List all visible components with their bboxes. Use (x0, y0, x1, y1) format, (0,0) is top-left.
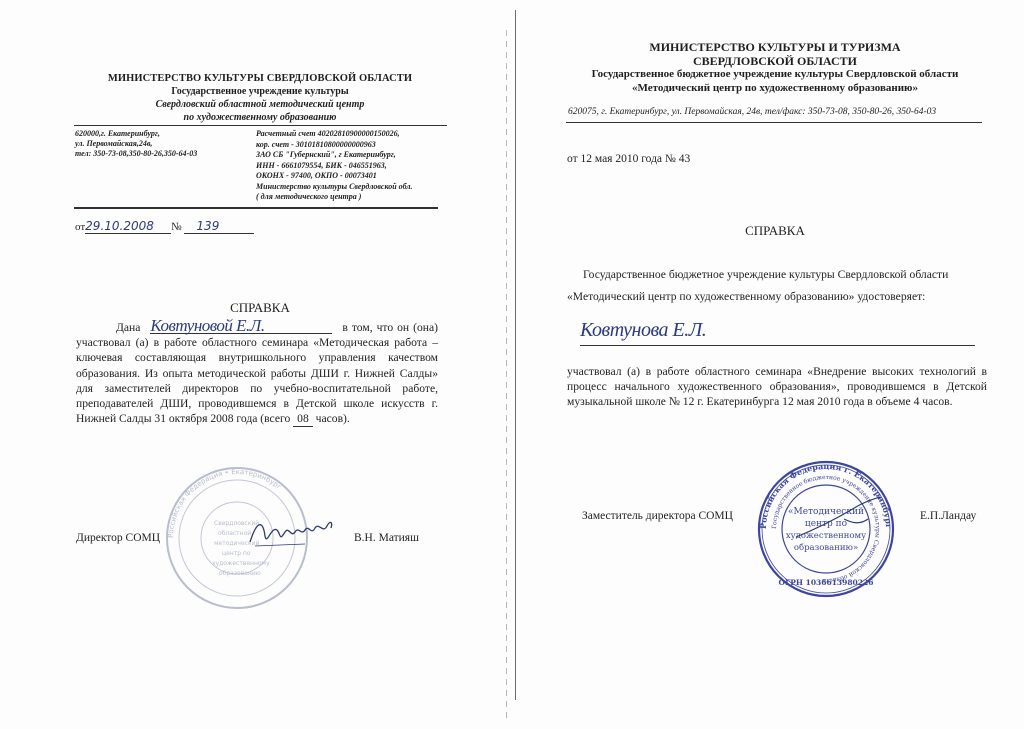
bank-line: ОКОНХ - 97400, ОКПО - 00073401 (256, 171, 466, 182)
left-body-text: в том, что он (она) участвовал (а) в раб… (76, 321, 438, 425)
bank-line: кор. счет - 30101810800000000963 (256, 140, 466, 151)
date-prefix: от (75, 221, 85, 233)
left-institution: Государственное учреждение культуры (60, 85, 460, 98)
right-ministry-line2: СВЕРДЛОВСКОЙ ОБЛАСТИ (560, 55, 990, 69)
left-address-line: тел: 350-73-08,350-80-26,350-64-03 (75, 149, 265, 159)
right-stamp-center-line4: образованию» (794, 542, 858, 553)
left-signature (245, 512, 340, 552)
left-recipient-name: Ковтуновой Е.Л. (150, 318, 332, 334)
right-recipient-field: Ковтунова Е.Л. (580, 319, 975, 346)
hours-value: 08 (293, 411, 313, 427)
lead-line: Государственное бюджетное учреждение кул… (567, 264, 987, 286)
left-header-divider (74, 125, 447, 126)
right-institution: Государственное бюджетное учреждение кул… (560, 68, 990, 82)
bank-line: ИНН - 6661079554, БИК - 046551963, (256, 161, 466, 172)
given-to-label: Дана (116, 321, 140, 334)
svg-text:Государственное бюджетное учре: Государственное бюджетное учреждение кул… (771, 474, 881, 584)
page-fold-line (515, 10, 516, 700)
left-details-divider (74, 207, 438, 209)
left-number-value: 139 (184, 219, 254, 234)
left-date-value: 29.10.2008 (85, 219, 171, 234)
left-signer-name: В.Н. Матияш (354, 532, 419, 544)
right-letterhead: МИНИСТЕРСТВО КУЛЬТУРЫ И ТУРИЗМА СВЕРДЛОВ… (560, 41, 990, 95)
page-fold-shadow (506, 30, 507, 720)
bank-line: Министерство культуры Свердловской обл. (256, 182, 466, 193)
right-recipient-name: Ковтунова Е.Л. (580, 319, 706, 341)
left-center-line1: Свердловский областной методический цент… (60, 98, 460, 111)
right-stamp-ogrn: ОГРН 1036613980226 (779, 578, 874, 587)
left-signer-role: Директор СОМЦ (76, 532, 160, 544)
right-signer-name: Е.П.Ландау (920, 510, 976, 522)
left-address-block: 620000,г. Екатеринбург, ул. Первомайская… (75, 129, 265, 159)
left-certificate-body: Дана Ковтуновой Е.Л. в том, что он (она)… (76, 318, 438, 427)
left-ministry-title: МИНИСТЕРСТВО КУЛЬТУРЫ СВЕРДЛОВСКОЙ ОБЛАС… (60, 72, 460, 85)
left-certificate-title: СПРАВКА (60, 300, 460, 316)
right-lead-text: Государственное бюджетное учреждение кул… (567, 264, 987, 308)
left-address-line: ул. Первомайская,24в, (75, 139, 265, 149)
lead-line: «Методический центр по художественному о… (567, 286, 987, 308)
right-certificate-title: СПРАВКА (560, 223, 990, 239)
right-stamp-inner-ring-text: Государственное бюджетное учреждение кул… (771, 474, 881, 584)
right-date-line: от 12 мая 2010 года № 43 (567, 153, 690, 165)
left-address-line: 620000,г. Екатеринбург, (75, 129, 265, 139)
right-center-name: «Методический центр по художественному о… (560, 82, 990, 96)
bank-line: ( для методического центра ) (256, 192, 466, 203)
left-center-line2: по художественному образованию (60, 111, 460, 124)
left-bank-details: Расчетный счет 40202810900000150026, кор… (256, 129, 466, 203)
right-address: 620075, г. Екатеринбург, ул. Первомайска… (568, 107, 982, 117)
right-certificate-body: участвовал (а) в работе областного семин… (567, 364, 987, 409)
left-date-line: от29.10.2008№ 139 (75, 219, 254, 234)
number-prefix: № (171, 221, 182, 233)
svg-text:образованию: образованию (219, 570, 261, 577)
bank-line: Расчетный счет 40202810900000150026, (256, 129, 466, 140)
right-header-divider (566, 122, 982, 123)
right-ministry-line1: МИНИСТЕРСТВО КУЛЬТУРЫ И ТУРИЗМА (560, 41, 990, 55)
left-letterhead: МИНИСТЕРСТВО КУЛЬТУРЫ СВЕРДЛОВСКОЙ ОБЛАС… (60, 72, 460, 124)
right-signer-role: Заместитель директора СОМЦ (582, 510, 733, 522)
svg-text:художественному: художественному (212, 560, 270, 567)
bank-line: ЗАО СБ "Губернский", г Екатеринбург, (256, 150, 466, 161)
left-body-end: часов). (313, 412, 350, 425)
right-stamp-seal: Российская Федерация г. Екатеринбург Гос… (756, 459, 896, 599)
